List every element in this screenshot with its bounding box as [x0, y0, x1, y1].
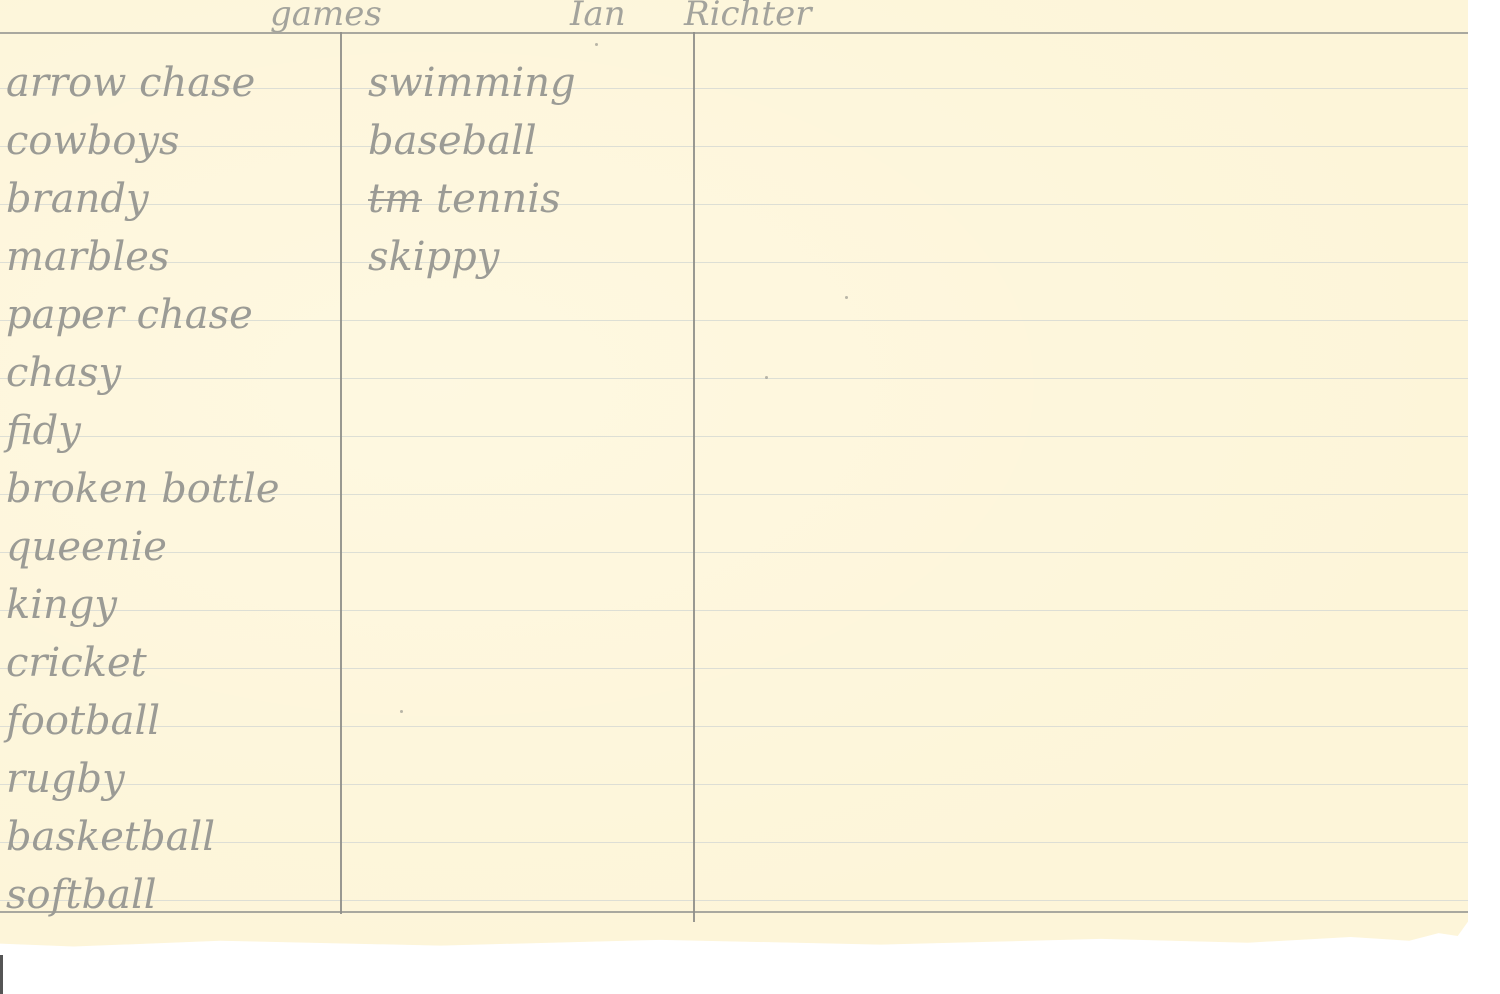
struck-out-word: tm — [368, 176, 422, 222]
game-item: swimming — [368, 54, 576, 112]
game-item-text: baseball — [368, 118, 537, 164]
game-item: fidy — [6, 402, 280, 460]
header-title: games — [270, 0, 382, 34]
game-item: football — [6, 692, 280, 750]
scan-edge-mark — [0, 955, 3, 994]
pencil-speck — [765, 376, 768, 379]
game-item: rugby — [6, 750, 280, 808]
game-item: kingy — [6, 576, 280, 634]
column-divider-1 — [340, 32, 342, 914]
game-item: softball — [6, 866, 280, 924]
column-divider-2 — [693, 32, 695, 922]
games-column-1: arrow chasecowboysbrandymarblespaper cha… — [6, 54, 280, 924]
header-name-first: Ian — [570, 0, 626, 34]
game-item: cricket — [6, 634, 280, 692]
game-item: cowboys — [6, 112, 280, 170]
game-item: skippy — [368, 228, 576, 286]
game-item-text: swimming — [368, 60, 576, 106]
pencil-speck — [845, 296, 848, 299]
game-item: broken bottle — [6, 460, 280, 518]
game-item: brandy — [6, 170, 280, 228]
pencil-speck — [400, 710, 403, 713]
games-column-2: swimmingbaseballtmtennisskippy — [368, 54, 576, 286]
header-name-last: Richter — [684, 0, 811, 34]
game-item: paper chase — [6, 286, 280, 344]
game-item: baseball — [368, 112, 576, 170]
game-item: queenie — [6, 518, 280, 576]
game-item: marbles — [6, 228, 280, 286]
game-item: basketball — [6, 808, 280, 866]
index-card: games Ian Richter arrow chasecowboysbran… — [0, 0, 1468, 960]
game-item: arrow chase — [6, 54, 280, 112]
game-item-text: tennis — [436, 176, 561, 222]
pencil-speck — [595, 43, 598, 46]
game-item: chasy — [6, 344, 280, 402]
game-item-text: skippy — [368, 234, 499, 280]
game-item: tmtennis — [368, 170, 576, 228]
